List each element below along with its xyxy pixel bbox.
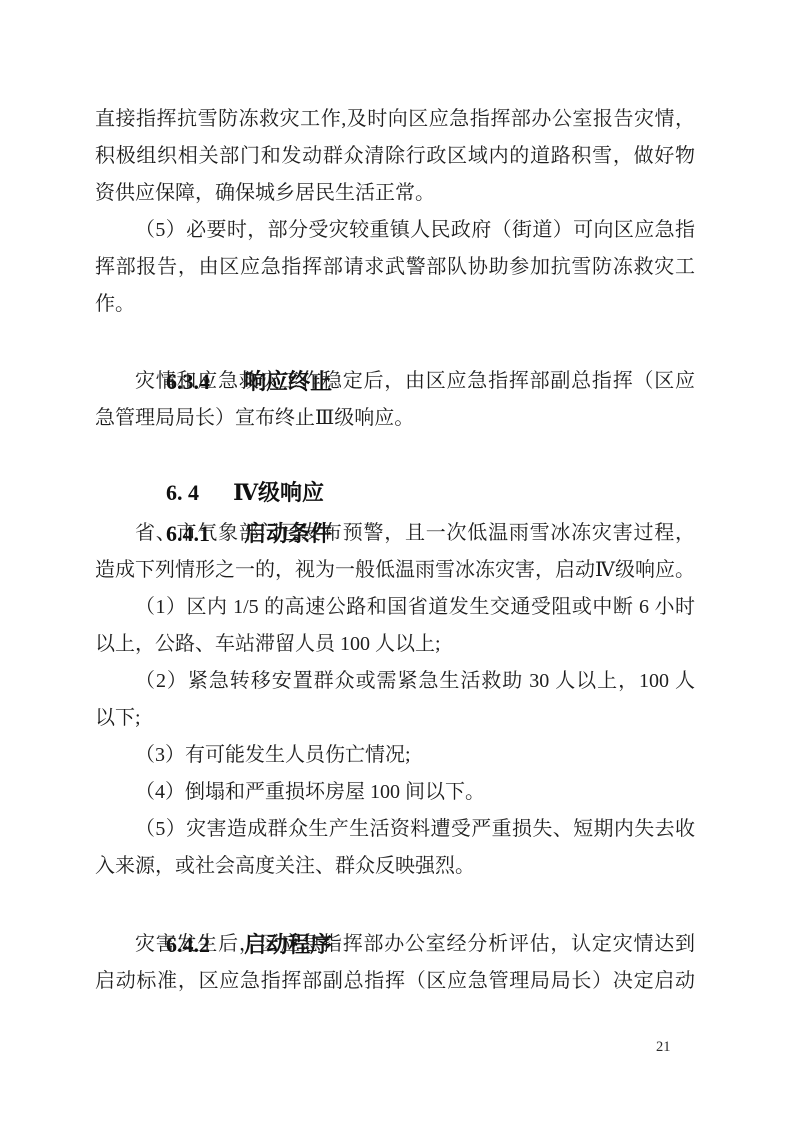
text-line: 积极组织相关部门和发动群众清除行政区域内的道路积雪，做好物 [95, 138, 695, 175]
text-line: 急管理局局长）宣布终止Ⅲ级响应。 [95, 400, 695, 437]
paragraph: 灾害发生后，区应急指挥部办公室经分析评估，认定灾情达到 启动标准，区应急指挥部副… [95, 926, 695, 1000]
list-item-1: （1）区内 1/5 的高速公路和国省道发生交通受阻或中断 6 小时 以上，公路、… [95, 589, 695, 663]
paragraph: 直接指挥抗雪防冻救灾工作,及时向区应急指挥部办公室报告灾情， 积极组织相关部门和… [95, 101, 695, 212]
text-line: （3）有可能发生人员伤亡情况; [95, 737, 695, 774]
paragraph: 灾情和应急救灾工作稳定后，由区应急指挥部副总指挥（区应 急管理局局长）宣布终止Ⅲ… [95, 363, 695, 437]
text-line: 挥部报告，由区应急指挥部请求武警部队协助参加抗雪防冻救灾工 [95, 249, 695, 286]
text-line: 资供应保障，确保城乡居民生活正常。 [95, 175, 695, 212]
page-number: 21 [656, 1038, 671, 1056]
section-heading-6-3-4: 6.3.4响应终止 [95, 326, 695, 363]
document-content: 直接指挥抗雪防冻救灾工作,及时向区应急指挥部办公室报告灾情， 积极组织相关部门和… [95, 101, 695, 1000]
text-line: 作。 [95, 286, 695, 323]
text-line: 省、市气象部门已发布预警，且一次低温雨雪冰冻灾害过程， [95, 515, 695, 552]
text-line: 直接指挥抗雪防冻救灾工作,及时向区应急指挥部办公室报告灾情， [95, 101, 695, 138]
paragraph: （5）必要时，部分受灾较重镇人民政府（街道）可向区应急指 挥部报告，由区应急指挥… [95, 212, 695, 323]
text-line: （2）紧急转移安置群众或需紧急生活救助 30 人以上，100 人 [95, 663, 695, 700]
section-number: 6. 4 [166, 480, 199, 505]
section-heading-6-4-2: 6.4.2启动程序 [95, 889, 695, 926]
section-title: Ⅳ级响应 [233, 480, 324, 505]
text-line: 灾害发生后，区应急指挥部办公室经分析评估，认定灾情达到 [95, 926, 695, 963]
text-line: 造成下列情形之一的，视为一般低温雨雪冰冻灾害，启动Ⅳ级响应。 [95, 552, 695, 589]
text-line: 灾情和应急救灾工作稳定后，由区应急指挥部副总指挥（区应 [95, 363, 695, 400]
list-item-2: （2）紧急转移安置群众或需紧急生活救助 30 人以上，100 人 以下; [95, 663, 695, 737]
list-item-5: （5）灾害造成群众生产生活资料遭受严重损失、短期内失去收 入来源，或社会高度关注… [95, 811, 695, 885]
text-line: 入来源，或社会高度关注、群众反映强烈。 [95, 848, 695, 885]
text-line: 以下; [95, 700, 695, 737]
text-line: （5）灾害造成群众生产生活资料遭受严重损失、短期内失去收 [95, 811, 695, 848]
list-item-3: （3）有可能发生人员伤亡情况; [95, 737, 695, 774]
text-line: 以上，公路、车站滞留人员 100 人以上; [95, 626, 695, 663]
text-line: （4）倒塌和严重损坏房屋 100 间以下。 [95, 774, 695, 811]
section-heading-6-4: 6. 4Ⅳ级响应 [95, 437, 695, 474]
document-page: 直接指挥抗雪防冻救灾工作,及时向区应急指挥部办公室报告灾情， 积极组织相关部门和… [0, 0, 793, 1122]
list-item-4: （4）倒塌和严重损坏房屋 100 间以下。 [95, 774, 695, 811]
paragraph: 省、市气象部门已发布预警，且一次低温雨雪冰冻灾害过程， 造成下列情形之一的，视为… [95, 515, 695, 589]
text-line: （5）必要时，部分受灾较重镇人民政府（街道）可向区应急指 [95, 212, 695, 249]
text-line: （1）区内 1/5 的高速公路和国省道发生交通受阻或中断 6 小时 [95, 589, 695, 626]
text-line: 启动标准，区应急指挥部副总指挥（区应急管理局局长）决定启动 [95, 963, 695, 1000]
